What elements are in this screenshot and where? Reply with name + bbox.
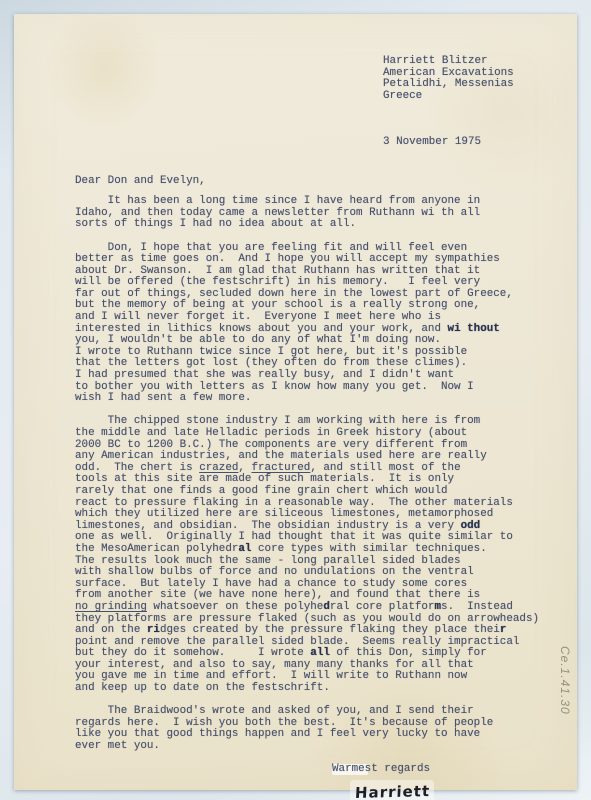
text-segment: to bother you with letters as I know how… [75, 381, 474, 393]
text-segment: the MesoAmerican polyhedr [75, 543, 238, 555]
text-segment: , [238, 462, 251, 474]
text-segment: that the letters got lost (they often do… [75, 357, 467, 369]
text-segment: odd. The chert is [75, 462, 199, 474]
underlined-text-segment: crazed [199, 462, 238, 474]
text-segment: wish I had sent a few more. [75, 392, 251, 404]
text-segment: and keep up to date on the festschrift. [75, 682, 330, 694]
text-segment: The results look much the same - long pa… [75, 555, 461, 567]
text-segment: interested in lithics knows about you an… [75, 323, 448, 335]
closing-block: Warmest regards Harriett [14, 764, 577, 800]
paragraph: The chipped stone industry I am working … [75, 416, 577, 694]
text-segment: 2000 BC to 1200 B.C.) The components are… [75, 439, 467, 451]
text-segment: and I will never forget it. Everyone I m… [75, 311, 441, 323]
text-segment: from another site (we have none here), a… [75, 589, 480, 601]
paragraph: It has been a long time since I have hea… [75, 196, 577, 231]
text-segment: limestones, and obsidian. The obsidian i… [75, 520, 461, 532]
closing-phrase: Warmest regards [332, 764, 577, 776]
letter-line: and keep up to date on the festschrift. [75, 683, 577, 695]
text-segment: they platforms are pressure flaked (such… [75, 613, 539, 625]
text-segment: It has been a long time since I have hea… [75, 195, 480, 207]
text-segment: dges created by the pressure flaking the… [160, 624, 500, 636]
text-segment: like you that good things happen and I f… [75, 728, 480, 740]
date-line: 3 November 1975 [383, 137, 577, 149]
letter-line: ever met you. [75, 741, 577, 753]
underlined-text-segment: fractured [251, 462, 310, 474]
sender-line: Greece [383, 91, 577, 103]
paper: Harriett BlitzerAmerican ExcavationsPeta… [14, 14, 577, 790]
text-segment: rarely that one finds a good fine grain … [75, 485, 448, 497]
text-segment: with shallow bulbs of force and no undul… [75, 566, 474, 578]
text-segment: one as well. Originally I had thought th… [75, 531, 513, 543]
text-segment: , and still most of the [310, 462, 460, 474]
scanned-letter-page: Harriett BlitzerAmerican ExcavationsPeta… [0, 0, 591, 800]
text-segment: Don, I hope that you are feeling fit and… [75, 242, 467, 254]
text-segment: The chipped stone industry I am working … [75, 415, 480, 427]
letter-line: sorts of things I had no idea about at a… [75, 219, 577, 231]
text-segment: tools at this site are made of such mate… [75, 473, 454, 485]
text-segment: The Braidwood's wrote and asked of you, … [75, 705, 474, 717]
text-segment: sorts of things I had no idea about at a… [75, 218, 356, 230]
bold-text-segment: r [500, 624, 507, 636]
text-segment: which they utilized here are siliceous l… [75, 508, 493, 520]
text-segment: the middle and late Helladic periods in … [75, 427, 467, 439]
text-segment: about Dr. Swanson. I am glad that Ruthan… [75, 265, 480, 277]
text-segment: better as time goes on. And I hope you w… [75, 253, 500, 265]
bold-text-segment: odd [461, 520, 481, 532]
text-segment: ral core platfor [330, 601, 435, 613]
text-segment: any American industries, and the materia… [75, 450, 487, 462]
text-segment: you, I wouldn't be able to do any of wha… [75, 334, 441, 346]
text-segment: react to pressure flaking in a reasonabl… [75, 497, 513, 509]
salutation: Dear Don and Evelyn, [75, 176, 577, 188]
signature-handwritten: Harriett [355, 782, 431, 800]
text-segment: but the memory of being at your school i… [75, 299, 480, 311]
bold-text-segment: al [238, 543, 251, 555]
catalog-number-note: Ce.1.41.30 [558, 646, 572, 761]
sender-address-lines: Harriett BlitzerAmerican ExcavationsPeta… [383, 56, 577, 102]
letter-line: wish I had sent a few more. [75, 393, 577, 405]
text-segment: but they do it somehow. I wrote [75, 647, 310, 659]
text-segment: of this Don, simply for [330, 647, 487, 659]
bold-text-segment: ri [147, 624, 160, 636]
text-segment: core types with similar techniques. [251, 543, 486, 555]
text-segment: I had presumed that she was really busy,… [75, 369, 454, 381]
text-segment: s. Instead [441, 601, 513, 613]
paragraph: The Braidwood's wrote and asked of you, … [75, 706, 577, 752]
underlined-text-segment: no grinding [75, 601, 147, 613]
bold-text-segment: wi thout [448, 323, 500, 335]
text-segment: Idaho, and then today came a newsletter … [75, 207, 480, 219]
paragraph: Don, I hope that you are feeling fit and… [75, 243, 577, 405]
text-segment: surface. But lately I have had a chance … [75, 578, 467, 590]
text-segment: whatsoever on these polyhe [147, 601, 323, 613]
sender-address-block: Harriett BlitzerAmerican ExcavationsPeta… [383, 33, 577, 172]
text-segment: you gave me in time and effort. I will w… [75, 670, 467, 682]
text-segment: point and remove the parallel sided blad… [75, 636, 519, 648]
text-segment: will be offered (the festschrift) in his… [75, 276, 480, 288]
letter-body: It has been a long time since I have hea… [75, 196, 577, 753]
bold-text-segment: all [310, 647, 330, 659]
text-segment: and on the [75, 624, 147, 636]
text-segment: ever met you. [75, 740, 160, 752]
